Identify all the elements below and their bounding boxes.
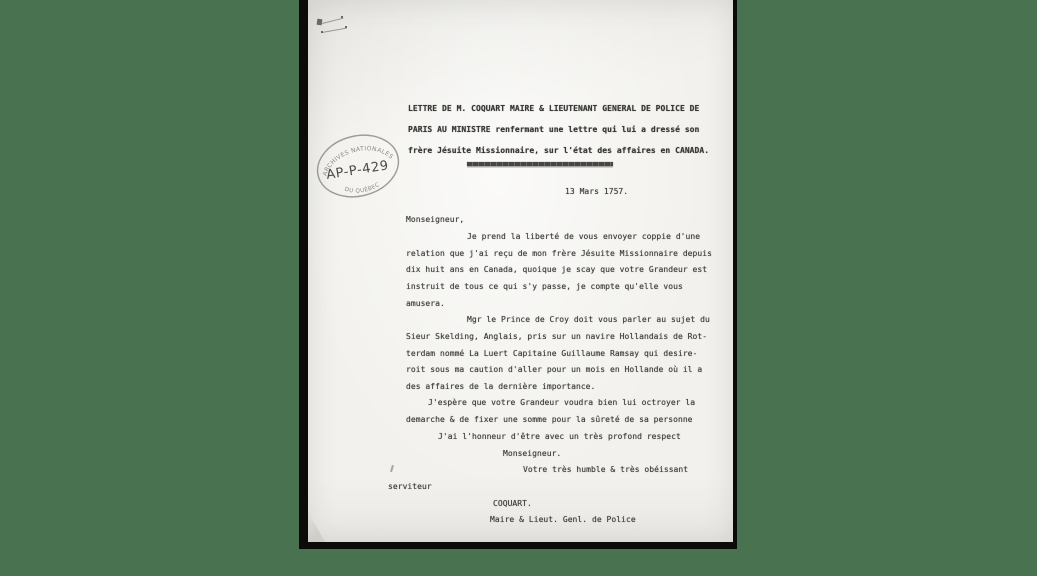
letter-line: terdam nommé La Luert Capitaine Guillaum… (406, 349, 697, 359)
letter-line: relation que j'ai reçu de mon frère Jésu… (406, 249, 712, 259)
scratch-dot-1 (341, 16, 343, 18)
letter-line: des affaires de la dernière importance. (406, 382, 595, 392)
scratch-dot-2 (321, 31, 323, 33)
letter-line: Mgr le Prince de Croy doit vous parler a… (467, 315, 710, 325)
letter-line: demarche & de fixer une somme pour la sû… (406, 415, 693, 425)
letter-line: Sieur Skelding, Anglais, pris sur un nav… (406, 332, 707, 342)
letter-date: 13 Mars 1757. (565, 187, 628, 197)
letter-line: Votre très humble & très obéissant (523, 465, 688, 475)
letter-line: serviteur (388, 482, 432, 492)
heading-divider (467, 162, 613, 166)
letter-heading-line: frère Jésuite Missionnaire, sur l'état d… (408, 146, 709, 156)
letter-line: instruit de tous ce qui s'y passe, je co… (406, 282, 683, 292)
letter-line: J'espère que votre Grandeur voudra bien … (428, 398, 695, 408)
letter-heading-line: LETTRE DE M. COQUART MAIRE & LIEUTENANT … (408, 104, 699, 114)
letter-line: Monseigneur. (503, 449, 561, 459)
letter-line: J'ai l'honneur d'être avec un très profo… (438, 432, 681, 442)
scanner-background: { "background_color": "#487250", "stamp"… (0, 0, 1037, 576)
letter-line: roit sous ma caution d'aller pour un moi… (406, 365, 702, 375)
scratch-dot-3 (345, 26, 347, 28)
letter-heading-line: PARIS AU MINISTRE renfermant une lettre … (408, 125, 699, 135)
letter-signature: COQUART. (493, 499, 532, 509)
letter-line: Je prend la liberté de vous envoyer copp… (467, 232, 700, 242)
letter-signature-title: Maire & Lieut. Genl. de Police (490, 515, 636, 525)
letter-line: dix huit ans en Canada, quoique je scay … (406, 265, 707, 275)
letter-line: amusera. (406, 299, 445, 309)
archive-stamp: ARCHIVES NATIONALES DU QUÉBEC AP-P-429 (308, 128, 412, 208)
letter-line: Monseigneur, (406, 215, 464, 225)
